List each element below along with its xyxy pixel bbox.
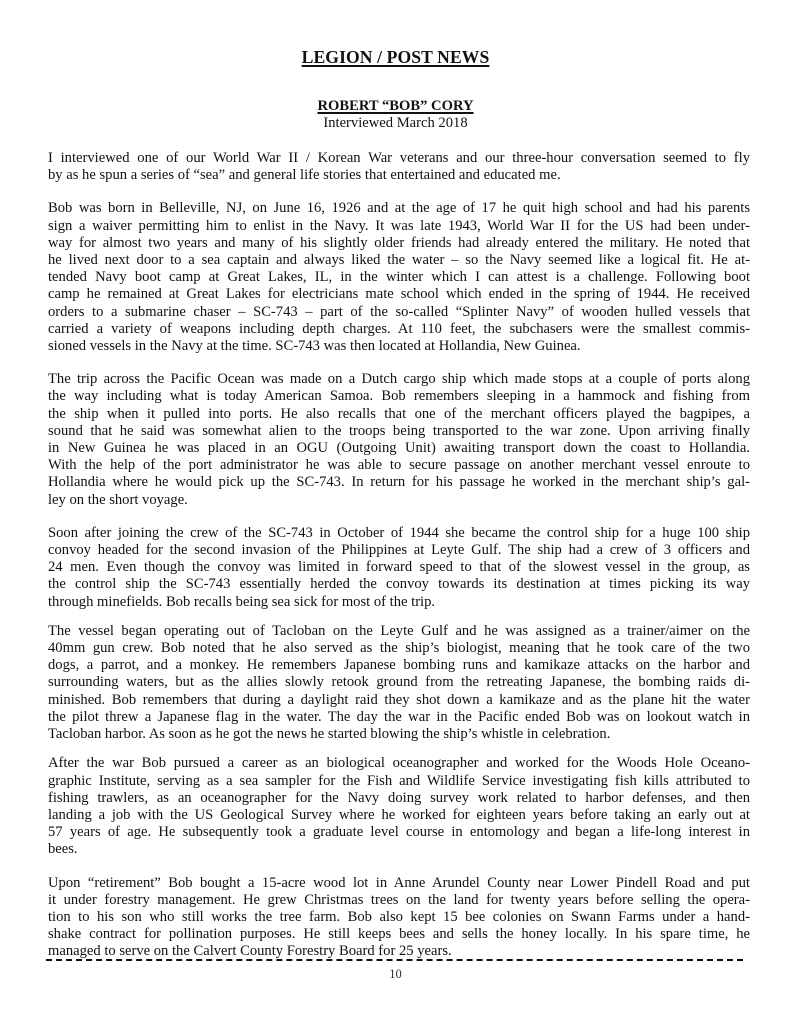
text-line: Bob was born in Belleville, NJ, on June … — [48, 200, 750, 217]
text-line: Tacloban harbor. As soon as he got the n… — [48, 726, 750, 743]
text-line: sound that he said was somewhat alien to… — [48, 423, 750, 440]
newsletter-page: LEGION / POST NEWS ROBERT “BOB” CORY Int… — [0, 0, 791, 1024]
article-subtitle: Interviewed March 2018 — [0, 115, 791, 132]
text-line: by as he spun a series of “sea” and gene… — [48, 167, 750, 184]
text-line: After the war Bob pursued a career as an… — [48, 755, 750, 772]
text-line: The trip across the Pacific Ocean was ma… — [48, 371, 750, 388]
paragraph-pacific-trip: The trip across the Pacific Ocean was ma… — [48, 371, 750, 509]
text-line: Soon after joining the crew of the SC-74… — [48, 525, 750, 542]
text-line: With the help of the port administrator … — [48, 457, 750, 474]
text-line: camp he remained at Great Lakes for elec… — [48, 286, 750, 303]
text-line: surrounding waters, but as the allies sl… — [48, 674, 750, 691]
text-line: carried a variety of weapons including d… — [48, 321, 750, 338]
text-line: bees. — [48, 841, 750, 858]
text-line: sign a waiver permitting him to enlist i… — [48, 218, 750, 235]
text-line: the pilot threw a Japanese flag in the w… — [48, 709, 750, 726]
text-line: landing a job with the US Geological Sur… — [48, 807, 750, 824]
paragraph-tacloban: The vessel began operating out of Taclob… — [48, 623, 750, 743]
text-line: sioned vessels in the Navy at the time. … — [48, 338, 750, 355]
text-line: shake contract for pollination purposes.… — [48, 926, 750, 943]
article-name: ROBERT “BOB” CORY — [0, 98, 791, 115]
text-line: through minefields. Bob recalls being se… — [48, 594, 750, 611]
text-line: he lived next door to a sea captain and … — [48, 252, 750, 269]
text-line: it under forestry management. He grew Ch… — [48, 892, 750, 909]
paragraph-intro: I interviewed one of our World War II / … — [48, 150, 750, 184]
footer-dashed-divider — [46, 959, 743, 961]
text-line: the ship when it pulled into ports. He a… — [48, 406, 750, 423]
text-line: ley on the short voyage. — [48, 492, 750, 509]
text-line: I interviewed one of our World War II / … — [48, 150, 750, 167]
paragraph-convoy: Soon after joining the crew of the SC-74… — [48, 525, 750, 611]
text-line: 57 years of age. He subsequently took a … — [48, 824, 750, 841]
section-title: LEGION / POST NEWS — [0, 47, 791, 68]
text-line: fishing trawlers, as an oceanographer fo… — [48, 790, 750, 807]
text-line: convoy headed for the second invasion of… — [48, 542, 750, 559]
section-title-text: LEGION / POST NEWS — [302, 47, 490, 67]
text-line: way for almost two years and many of his… — [48, 235, 750, 252]
paragraph-career: After the war Bob pursued a career as an… — [48, 755, 750, 858]
article-body: I interviewed one of our World War II / … — [48, 150, 750, 961]
text-line: managed to serve on the Calvert County F… — [48, 943, 750, 960]
text-line: the control ship the SC-743 essentially … — [48, 576, 750, 593]
text-line: Hollandia where he would pick up the SC-… — [48, 474, 750, 491]
text-line: orders to a submarine chaser – SC-743 – … — [48, 304, 750, 321]
text-line: the way including what is today American… — [48, 388, 750, 405]
text-line: Upon “retirement” Bob bought a 15-acre w… — [48, 875, 750, 892]
text-line: tion to his son who still works the tree… — [48, 909, 750, 926]
text-line: graphic Institute, serving as a sea samp… — [48, 773, 750, 790]
text-line: minished. Bob remembers that during a da… — [48, 692, 750, 709]
paragraph-retirement: Upon “retirement” Bob bought a 15-acre w… — [48, 875, 750, 961]
text-line: 24 men. Even though the convoy was limit… — [48, 559, 750, 576]
page-number: 10 — [0, 967, 791, 982]
text-line: in New Guinea he was placed in an OGU (O… — [48, 440, 750, 457]
text-line: dogs, a parrot, and a monkey. He remembe… — [48, 657, 750, 674]
article-name-text: ROBERT “BOB” CORY — [317, 98, 473, 114]
text-line: tended Navy boot camp at Great Lakes, IL… — [48, 269, 750, 286]
text-line: The vessel began operating out of Taclob… — [48, 623, 750, 640]
text-line: 40mm gun crew. Bob noted that he also se… — [48, 640, 750, 657]
paragraph-early-life: Bob was born in Belleville, NJ, on June … — [48, 200, 750, 355]
